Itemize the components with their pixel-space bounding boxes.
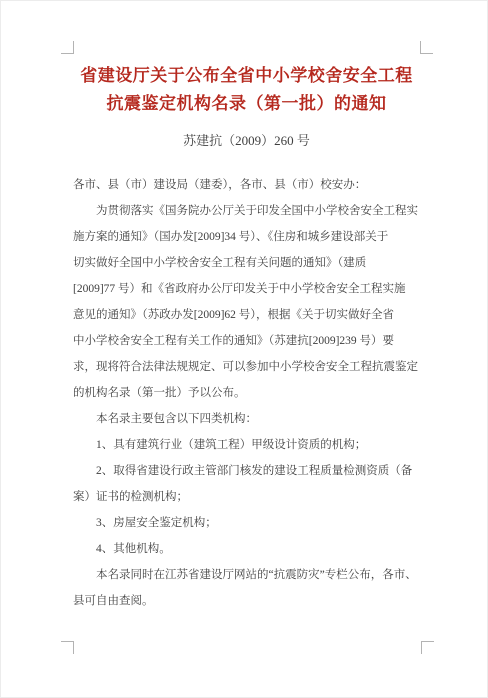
body-line: 意见的通知》（苏政办发[2009]62 号），根据《关于切实做好全省: [73, 302, 427, 328]
margin-mark-top-right-icon: [420, 41, 433, 54]
document-number: 苏建抗（2009）260 号: [73, 131, 420, 151]
body-line: 各市、县（市）建设局（建委），各市、县（市）校安办：: [73, 172, 427, 198]
document-title-line-2: 抗震鉴定机构名录（第一批）的通知: [73, 90, 420, 118]
document-page: 省建设厅关于公布全省中小学校舍安全工程 抗震鉴定机构名录（第一批）的通知 苏建抗…: [0, 0, 488, 698]
body-line: 求，现将符合法律法规规定、可以参加中小学校舍安全工程抗震鉴定: [73, 354, 427, 380]
body-line: 县可自由查阅。: [73, 588, 427, 614]
margin-mark-bottom-left-icon: [61, 641, 74, 654]
body-line: 4、其他机构。: [73, 536, 427, 562]
body-line: 中小学校舍安全工程有关工作的通知》（苏建抗[2009]239 号）要: [73, 328, 427, 354]
body-line: [2009]77 号）和《省政府办公厅印发关于中小学校舍安全工程实施: [73, 276, 427, 302]
body-line: 施方案的通知》（国办发[2009]34 号）、《住房和城乡建设部关于: [73, 224, 427, 250]
body-line: 1、具有建筑行业（建筑工程）甲级设计资质的机构；: [73, 432, 427, 458]
body-line: 本名录主要包含以下四类机构：: [73, 406, 427, 432]
margin-mark-top-left-icon: [61, 41, 74, 54]
document-title-line-1: 省建设厅关于公布全省中小学校舍安全工程: [73, 62, 420, 90]
margin-mark-bottom-right-icon: [421, 641, 434, 654]
body-line: 切实做好全国中小学校舍安全工程有关问题的通知》（建质: [73, 250, 427, 276]
body-line: 的机构名录（第一批）予以公布。: [73, 380, 427, 406]
body-line: 本名录同时在江苏省建设厅网站的“抗震防灾”专栏公布，各市、: [73, 562, 427, 588]
document-title: 省建设厅关于公布全省中小学校舍安全工程 抗震鉴定机构名录（第一批）的通知: [73, 62, 420, 118]
document-body: 各市、县（市）建设局（建委），各市、县（市）校安办： 为贯彻落实《国务院办公厅关…: [73, 172, 427, 614]
body-line: 2、取得省建设行政主管部门核发的建设工程质量检测资质（备: [73, 458, 427, 484]
body-line: 为贯彻落实《国务院办公厅关于印发全国中小学校舍安全工程实: [73, 198, 427, 224]
body-line: 案）证书的检测机构；: [73, 484, 427, 510]
body-line: 3、房屋安全鉴定机构；: [73, 510, 427, 536]
